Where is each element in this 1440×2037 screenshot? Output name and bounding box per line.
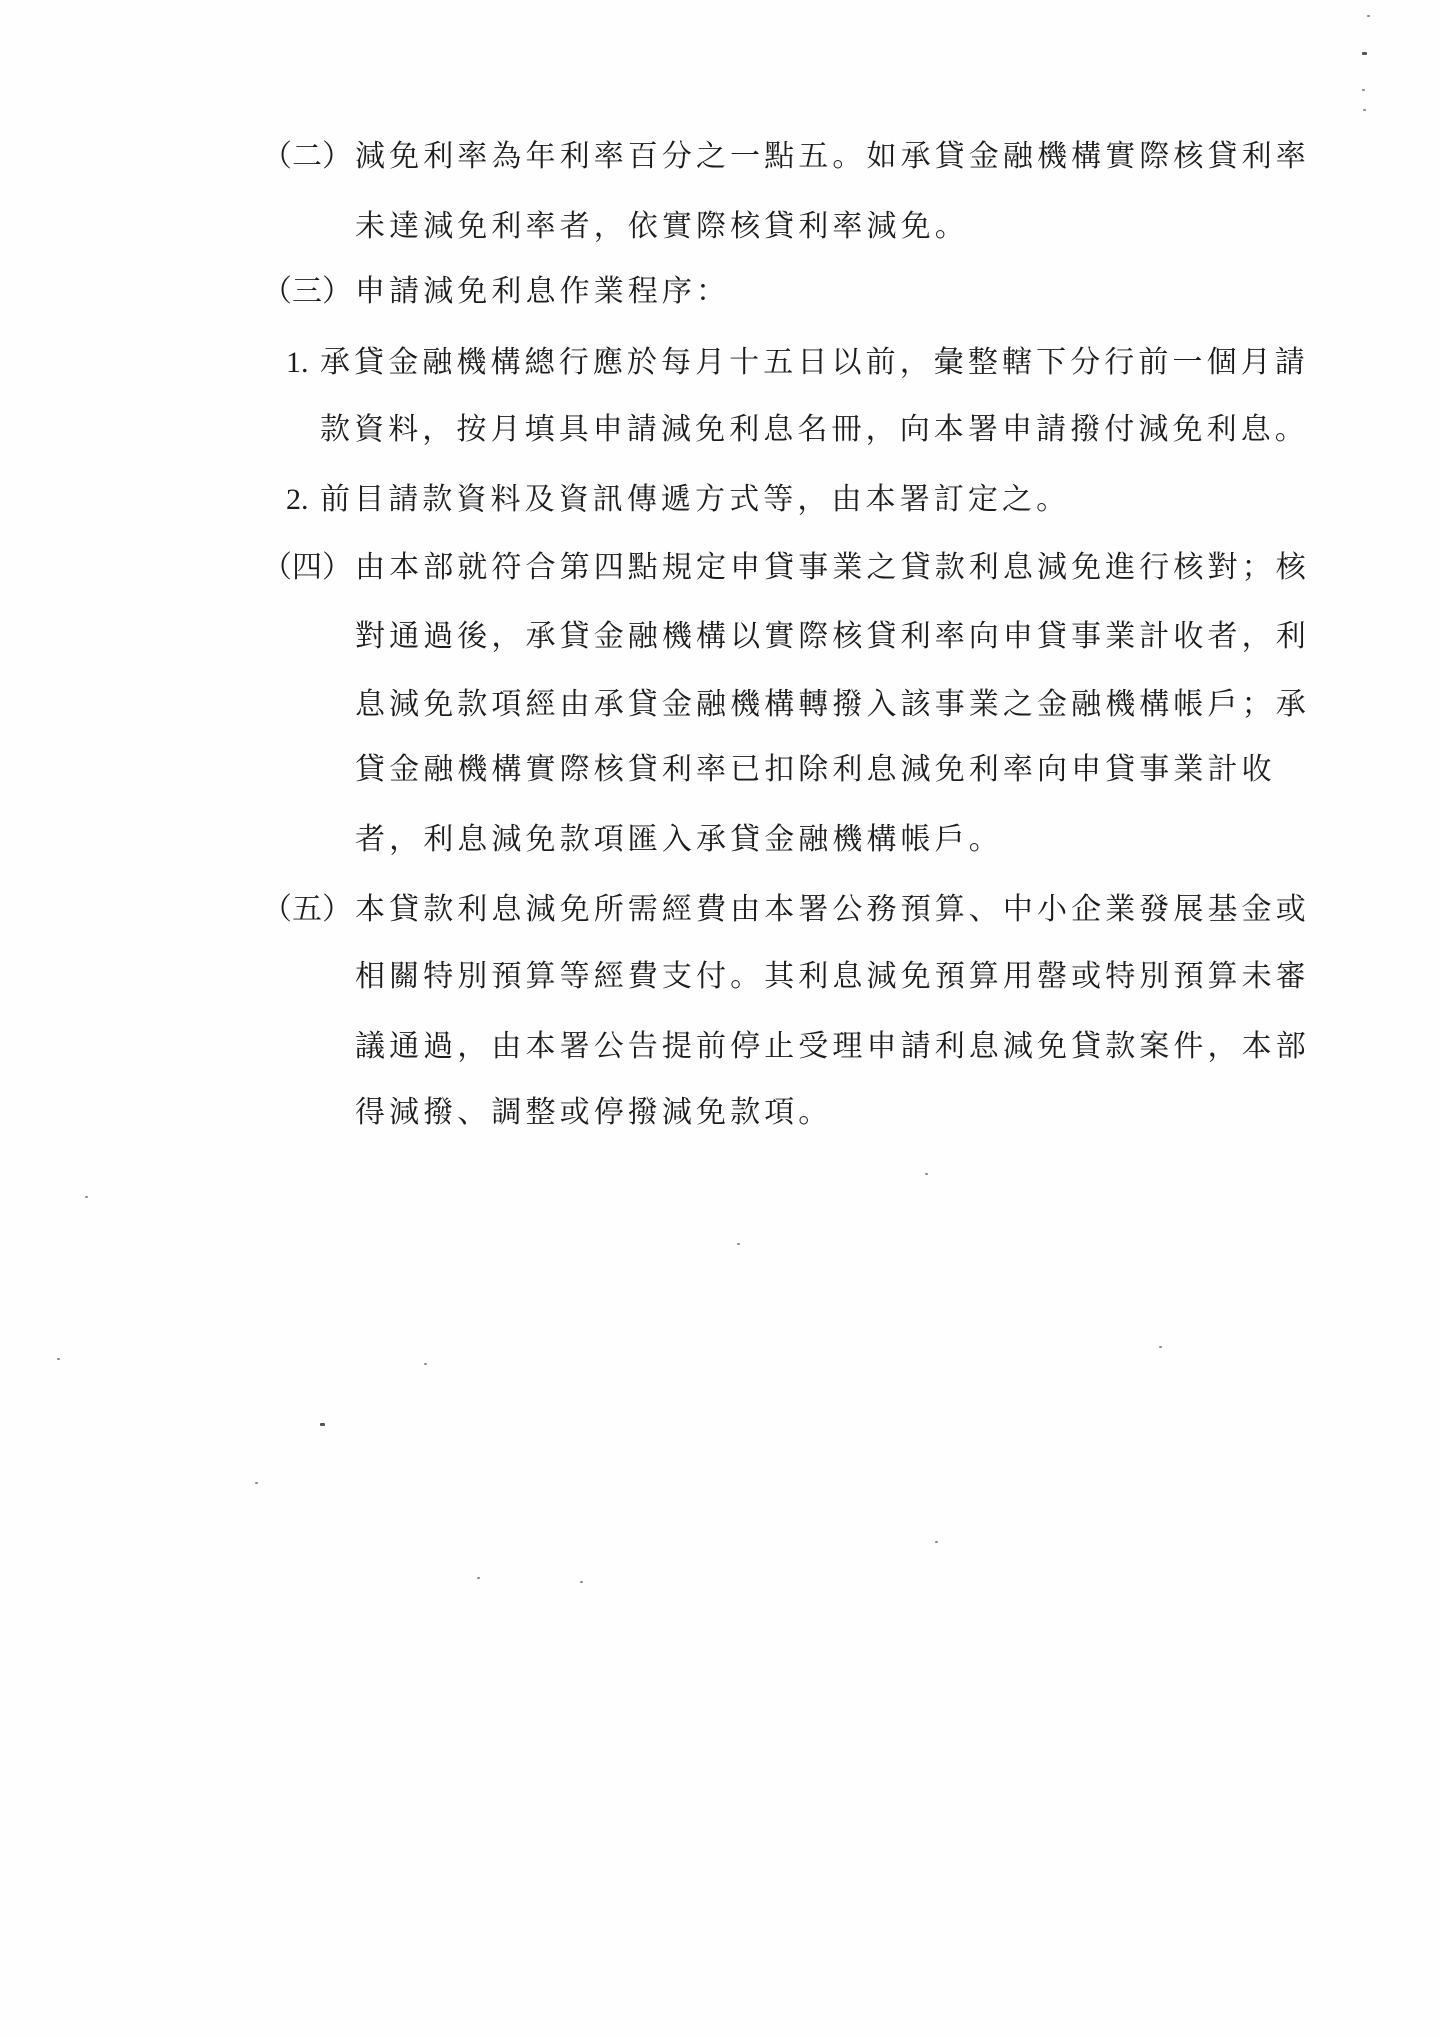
scan-speck [1362, 89, 1365, 91]
section-3-line-1: 申請減免利息作業程序： [355, 272, 730, 312]
scan-speck [1363, 109, 1366, 111]
section-marker-3: （三） [262, 272, 352, 312]
scan-speck [477, 1577, 480, 1579]
section-2-line-1: 減免利率為年利率百分之一點五。如承貸金融機構實際核貸利率 [355, 137, 1310, 177]
scan-speck [320, 1423, 325, 1426]
scan-speck [925, 1173, 928, 1175]
scan-speck [85, 1196, 88, 1198]
section-marker-4: （四） [262, 548, 352, 588]
section-marker-2: （二） [262, 137, 352, 177]
section-5-line-4: 得減撥、調整或停撥減免款項。 [355, 1093, 832, 1133]
scan-speck [737, 1243, 740, 1245]
section-marker-5: （五） [262, 890, 352, 930]
item-2-line-1: 前目請款資料及資訊傳遞方式等，由本署訂定之。 [320, 480, 1070, 520]
section-5-line-3: 議通過，由本署公告提前停止受理申請利息減免貸款案件，本部 [355, 1027, 1310, 1067]
section-5-line-2: 相關特別預算等經費支付。其利息減免預算用罄或特別預算未審 [355, 957, 1310, 997]
section-4-line-1: 由本部就符合第四點規定申貸事業之貸款利息減免進行核對；核 [355, 548, 1310, 588]
section-4-line-2: 對通過後，承貸金融機構以實際核貸利率向申貸事業計收者，利 [355, 617, 1310, 657]
scan-speck [580, 1581, 583, 1583]
scan-speck [1367, 15, 1370, 17]
scan-speck [935, 1541, 938, 1543]
scan-speck [1362, 52, 1367, 55]
section-5-line-1: 本貸款利息減免所需經費由本署公務預算、中小企業發展基金或 [355, 890, 1310, 930]
section-4-line-5: 者，利息減免款項匯入承貸金融機構帳戶。 [355, 820, 1003, 860]
scan-speck [57, 1358, 60, 1360]
scan-speck [255, 1482, 258, 1484]
section-2-line-2: 未達減免利率者，依實際核貸利率減免。 [355, 207, 969, 247]
scan-speck [1159, 1346, 1162, 1348]
item-1-line-1: 承貸金融機構總行應於每月十五日以前，彙整轄下分行前一個月請 [320, 343, 1309, 383]
item-1-line-2: 款資料，按月填具申請減免利息名冊，向本署申請撥付減免利息。 [320, 410, 1309, 450]
item-marker-1: 1. [286, 343, 309, 383]
item-marker-2: 2. [286, 480, 309, 520]
section-4-line-3: 息減免款項經由承貸金融機構轉撥入該事業之金融機構帳戶；承 [355, 685, 1310, 725]
document-page: （二） 減免利率為年利率百分之一點五。如承貸金融機構實際核貸利率 未達減免利率者… [0, 0, 1440, 2037]
section-4-line-4: 貸金融機構實際核貸利率已扣除利息減免利率向申貸事業計收 [355, 750, 1276, 790]
scan-speck [424, 1363, 427, 1365]
